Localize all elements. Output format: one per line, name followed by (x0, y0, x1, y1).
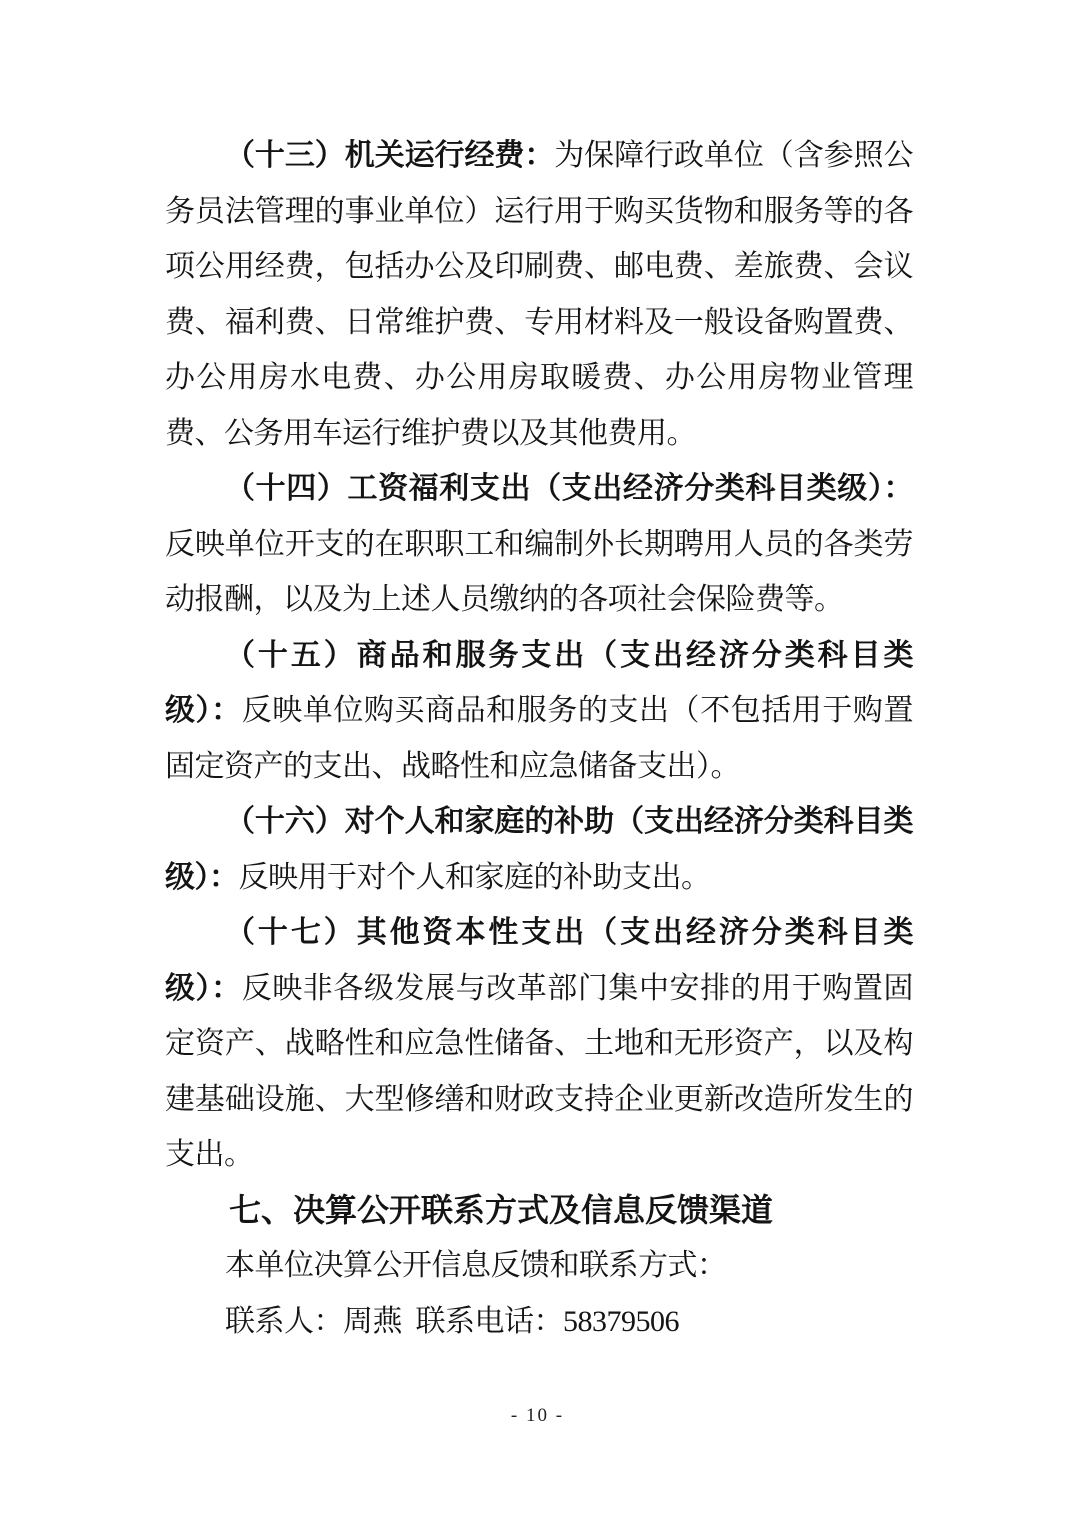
document-page: （十三）机关运行经费：为保障行政单位（含参照公务员法管理的事业单位）运行用于购买… (0, 0, 1075, 1520)
paragraph-item-13: （十三）机关运行经费：为保障行政单位（含参照公务员法管理的事业单位）运行用于购买… (165, 128, 913, 461)
paragraph-item-14: （十四）工资福利支出（支出经济分类科目类级）：反映单位开支的在职职工和编制外长期… (165, 461, 913, 628)
contact-intro: 本单位决算公开信息反馈和联系方式： (165, 1238, 913, 1294)
paragraph-item-16: （十六）对个人和家庭的补助（支出经济分类科目类级）：反映用于对个人和家庭的补助支… (165, 794, 913, 905)
paragraph-13-lead: （十三）机关运行经费： (225, 139, 554, 172)
contact-person-name: 周燕 (343, 1305, 402, 1338)
paragraph-13-text: 为保障行政单位（含参照公务员法管理的事业单位）运行用于购买货物和服务等的各项公用… (165, 139, 913, 450)
contact-phone-label: 联系电话： (416, 1305, 564, 1338)
document-body: （十三）机关运行经费：为保障行政单位（含参照公务员法管理的事业单位）运行用于购买… (165, 128, 913, 1349)
paragraph-item-15: （十五）商品和服务支出（支出经济分类科目类级）：反映单位购买商品和服务的支出（不… (165, 628, 913, 795)
page-number: - 10 - (0, 1405, 1075, 1427)
contact-phone-number: 58379506 (563, 1305, 679, 1338)
paragraph-item-17: （十七）其他资本性支出（支出经济分类科目类级）：反映非各级发展与改革部门集中安排… (165, 905, 913, 1183)
paragraph-14-text: 反映单位开支的在职职工和编制外长期聘用人员的各类劳动报酬，以及为上述人员缴纳的各… (165, 528, 913, 617)
contact-person-label: 联系人： (225, 1305, 343, 1338)
contact-line: 联系人：周燕联系电话：58379506 (165, 1294, 913, 1350)
paragraph-14-lead: （十四）工资福利支出（支出经济分类科目类级）： (225, 472, 913, 505)
section-heading-7: 七、决算公开联系方式及信息反馈渠道 (165, 1183, 913, 1239)
paragraph-15-text: 反映单位购买商品和服务的支出（不包括用于购置固定资产的支出、战略性和应急储备支出… (165, 694, 913, 783)
paragraph-16-text: 反映用于对个人和家庭的补助支出。 (239, 861, 711, 894)
paragraph-17-text: 反映非各级发展与改革部门集中安排的用于购置固定资产、战略性和应急性储备、土地和无… (165, 972, 913, 1172)
